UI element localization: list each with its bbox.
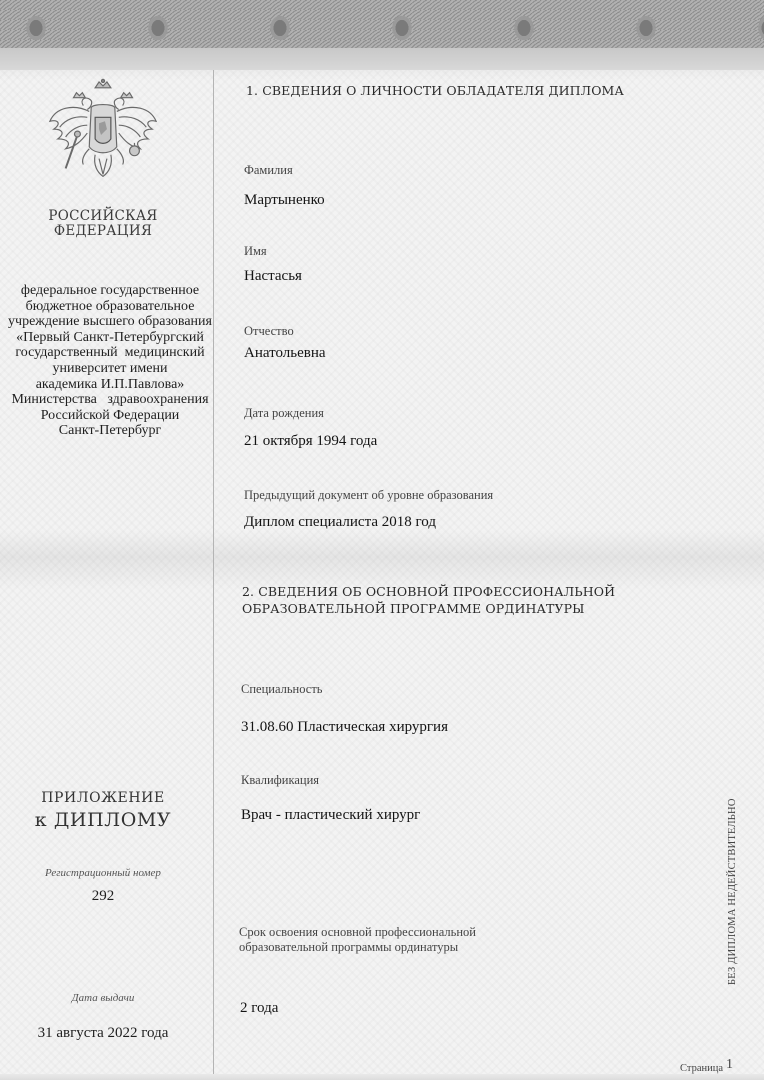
institution-line: «Первый Санкт-Петербургский <box>0 330 220 346</box>
qualification-value: Врач - пластический хирург <box>241 807 420 824</box>
institution-line: Санкт-Петербург <box>0 423 220 439</box>
section1-title: 1. СВЕДЕНИЯ О ЛИЧНОСТИ ОБЛАДАТЕЛЯ ДИПЛОМ… <box>246 82 624 99</box>
program-duration-value: 2 года <box>240 1000 278 1017</box>
institution-line: учреждение высшего образования <box>0 314 220 330</box>
institution-line: бюджетное образовательное <box>0 299 220 315</box>
right-panel: 1. СВЕДЕНИЯ О ЛИЧНОСТИ ОБЛАДАТЕЛЯ ДИПЛОМ… <box>214 0 764 1080</box>
issue-date-value: 31 августа 2022 года <box>0 1025 206 1042</box>
institution-line: Министерства здравоохранения <box>0 392 220 408</box>
country-name-line1: РОССИЙСКАЯ <box>0 208 206 224</box>
validity-note: БЕЗ ДИПЛОМА НЕДЕЙСТВИТЕЛЬНО <box>727 798 738 985</box>
institution-line: Российской Федерации <box>0 408 220 424</box>
institution-line: государственный медицинский <box>0 345 220 361</box>
first-name-label: Имя <box>244 244 267 259</box>
appendix-title: ПРИЛОЖЕНИЕ к ДИПЛОМУ <box>0 788 206 832</box>
coat-of-arms-icon <box>44 78 162 196</box>
registration-number-value: 292 <box>0 888 206 905</box>
issue-date-label: Дата выдачи <box>0 992 206 1004</box>
birth-date-label: Дата рождения <box>244 406 324 421</box>
patronymic-value: Анатольевна <box>244 345 326 362</box>
section2-title-line1: 2. СВЕДЕНИЯ ОБ ОСНОВНОЙ ПРОФЕССИОНАЛЬНОЙ <box>242 583 615 600</box>
surname-label: Фамилия <box>244 163 293 178</box>
appendix-title-line1: ПРИЛОЖЕНИЕ <box>0 788 206 808</box>
program-duration-label-line2: образовательной программы ординатуры <box>239 940 476 955</box>
section2-title: 2. СВЕДЕНИЯ ОБ ОСНОВНОЙ ПРОФЕССИОНАЛЬНОЙ… <box>242 583 615 617</box>
page-label: Страница <box>680 1063 723 1074</box>
first-name-value: Настасья <box>244 268 302 285</box>
qualification-label: Квалификация <box>241 773 319 788</box>
institution-name: федеральное государственное бюджетное об… <box>0 283 220 439</box>
specialty-label: Специальность <box>241 682 323 697</box>
page-bottom-edge <box>0 1074 764 1080</box>
institution-line: федеральное государственное <box>0 283 220 299</box>
left-panel: РОССИЙСКАЯ ФЕДЕРАЦИЯ федеральное государ… <box>0 70 213 1080</box>
registration-number-label: Регистрационный номер <box>0 867 206 879</box>
country-name-line2: ФЕДЕРАЦИЯ <box>0 223 206 239</box>
specialty-value: 31.08.60 Пластическая хирургия <box>241 719 448 736</box>
page-number: 1 <box>726 1057 733 1072</box>
previous-education-label: Предыдущий документ об уровне образовани… <box>244 488 493 503</box>
institution-line: университет имени <box>0 361 220 377</box>
birth-date-value: 21 октября 1994 года <box>244 433 377 450</box>
previous-education-value: Диплом специалиста 2018 год <box>244 514 436 531</box>
section2-title-line2: ОБРАЗОВАТЕЛЬНОЙ ПРОГРАММЕ ОРДИНАТУРЫ <box>242 600 615 617</box>
program-duration-label: Срок освоения основной профессиональной … <box>239 925 476 955</box>
appendix-title-line2: к ДИПЛОМУ <box>0 808 206 832</box>
patronymic-label: Отчество <box>244 324 294 339</box>
institution-line: академика И.П.Павлова» <box>0 377 220 393</box>
program-duration-label-line1: Срок освоения основной профессиональной <box>239 925 476 940</box>
surname-value: Мартыненко <box>244 192 325 209</box>
